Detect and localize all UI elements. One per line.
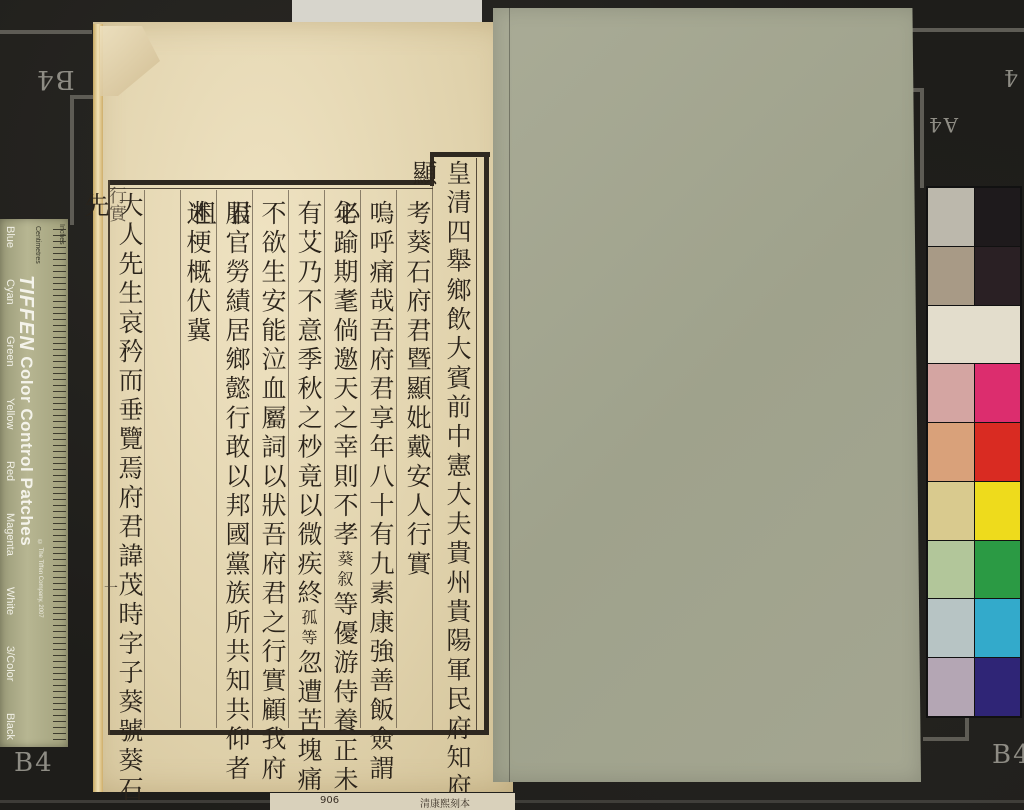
text-column-3: 嗚呼痛哉吾府君享年八十有九素康強善飯僉謂必 bbox=[363, 200, 397, 810]
guide-line bbox=[965, 714, 969, 741]
ruler-label-black: Black bbox=[4, 713, 16, 740]
column-small-text: 孤等 bbox=[299, 609, 318, 649]
page-edge bbox=[93, 24, 103, 792]
guide-line bbox=[920, 88, 924, 188]
mat-label-b4-top-left: B4 bbox=[35, 64, 75, 94]
cover-spine bbox=[509, 8, 510, 782]
paper-tab bbox=[292, 0, 482, 22]
mat-label-a4: A4 bbox=[927, 113, 958, 137]
color-patch-pale-cyan bbox=[928, 599, 974, 657]
color-patch-pale-blue bbox=[928, 658, 974, 716]
frame-border bbox=[108, 180, 433, 185]
slip-number: 906 bbox=[320, 795, 339, 806]
ruler-label-3color: 3/Color bbox=[4, 646, 16, 681]
color-patch-pale-green bbox=[928, 541, 974, 599]
text-column-1: 皇清四舉鄉飲大賓前中憲大夫貴州貴陽軍民府知府顯 bbox=[440, 160, 474, 810]
frame-border bbox=[430, 152, 490, 157]
frame-border bbox=[108, 188, 433, 189]
frame-border bbox=[108, 180, 110, 735]
mat-label-4: 4 bbox=[1002, 64, 1018, 89]
guide-line bbox=[70, 95, 94, 99]
color-patch-pale-magenta bbox=[928, 364, 974, 422]
column-text: 忽遭苦塊痛 bbox=[294, 649, 323, 795]
guide-line bbox=[923, 737, 968, 741]
ruler-copyright: © The Tiffen Company, 2007 bbox=[37, 540, 43, 618]
mat-label-b4-bottom-left: B4 bbox=[14, 748, 54, 778]
column-text: 年踰期耄倘邀天之幸則不孝 bbox=[330, 200, 359, 550]
ruler-unit-cm: Centimetres bbox=[34, 226, 41, 264]
frame-border bbox=[476, 158, 477, 730]
color-patch-light-gray bbox=[928, 188, 974, 246]
color-patch-green bbox=[975, 541, 1021, 599]
ruler-label-white: White bbox=[4, 587, 16, 615]
color-patch-pale-yellow bbox=[928, 482, 974, 540]
text-column-6: 不欲生安能泣血屬詞以狀吾府君之行實顧我府君 bbox=[255, 200, 289, 810]
color-patch-black-1 bbox=[975, 188, 1021, 246]
column-rule bbox=[216, 190, 217, 728]
tiffen-logo: TIFFEN bbox=[15, 275, 37, 351]
ruler-title: Color Control Patches bbox=[17, 356, 36, 546]
color-patch-red bbox=[975, 423, 1021, 481]
ruler-unit-inches: Inches bbox=[58, 224, 65, 245]
text-column-2: 考葵石府君暨顯妣戴安人行實 bbox=[400, 200, 434, 580]
color-patch-blue bbox=[975, 658, 1021, 716]
color-patch-cyan bbox=[975, 599, 1021, 657]
catalog-slip: 906 清康熙刻本 bbox=[270, 793, 515, 810]
column-text: 有艾乃不意季秋之杪竟以微疾終 bbox=[294, 200, 323, 609]
text-column-10: 大人先生哀矜而垂覽焉府君諱茂時字子葵號葵石先 bbox=[112, 192, 146, 810]
column-small-text: 葵叙 bbox=[335, 550, 354, 590]
blank-cover-page bbox=[493, 8, 921, 782]
color-patch-mid-gray-brown bbox=[928, 247, 974, 305]
text-column-5: 有艾乃不意季秋之杪竟以微疾終孤等忽遭苦塊痛 bbox=[291, 200, 325, 795]
column-text: 等優游侍養正未 bbox=[330, 591, 359, 795]
frame-border bbox=[484, 152, 489, 734]
guide-line bbox=[0, 30, 92, 34]
color-chart bbox=[926, 186, 1022, 718]
text-column-8: 述梗概伏冀 bbox=[180, 200, 214, 346]
ruler-label-blue: Blue bbox=[4, 226, 16, 248]
slip-text: 清康熙刻本 bbox=[420, 795, 470, 810]
margin-tag: 行實 bbox=[103, 186, 129, 222]
folio-mark: 一 bbox=[104, 578, 118, 598]
guide-line bbox=[70, 95, 74, 225]
color-patch-white bbox=[928, 306, 1020, 364]
color-patch-yellow bbox=[975, 482, 1021, 540]
color-patch-black-2 bbox=[975, 247, 1021, 305]
text-column-7: 服官勞績居鄉懿行敢以邦國黨族所共知共仰者粗 bbox=[219, 200, 253, 810]
text-column-4: 年踰期耄倘邀天之幸則不孝葵叙等優游侍養正未 bbox=[327, 200, 361, 795]
color-patch-magenta bbox=[975, 364, 1021, 422]
ruler-ticks bbox=[44, 224, 66, 744]
ruler-brand: TIFFEN Color Control Patches bbox=[14, 275, 37, 546]
mat-label-b4-bottom-right: B4 bbox=[992, 740, 1024, 770]
color-patch-pale-red bbox=[928, 423, 974, 481]
